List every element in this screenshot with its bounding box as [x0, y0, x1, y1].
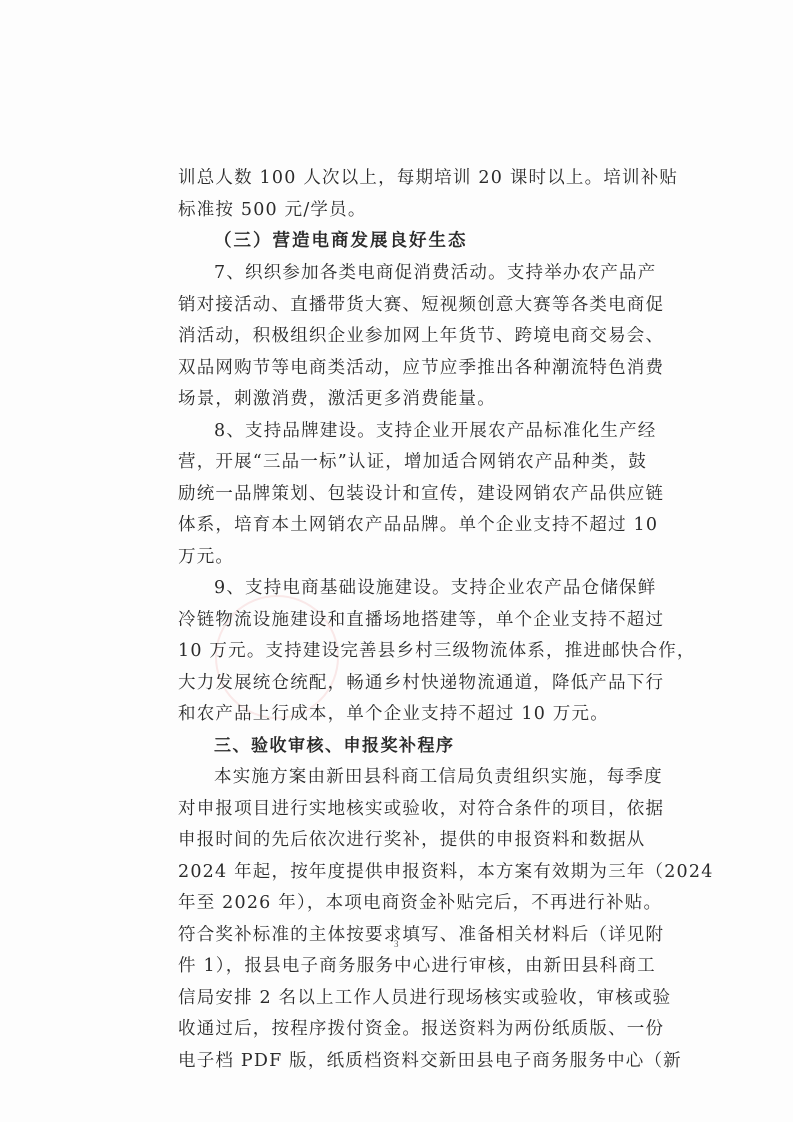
subheading: （三）营造电商发展良好生态 [214, 228, 666, 254]
text-line: 符合奖补标准的主体按要求填写、准备相关材料后（详见附 [178, 922, 630, 948]
text-line: 信局安排 2 名以上工作人员进行现场核实或验收，审核或验 [178, 985, 630, 1011]
text-line: 电子档 PDF 版，纸质档资料交新田县电子商务服务中心（新 [178, 1048, 630, 1074]
text-line: 大力发展统仓统配，畅通乡村快递物流通道，降低产品下行 [178, 670, 630, 696]
text-line: 励统一品牌策划、包装设计和宣传，建设网销农产品供应链 [178, 481, 630, 507]
paragraph-8-start: 8、支持品牌建设。支持企业开展农产品标准化生产经 [214, 418, 630, 444]
text-line: 收通过后，按程序拨付资金。报送资料为两份纸质版、一份 [178, 1016, 630, 1042]
paragraph-7-start: 7、织织参加各类电商促消费活动。支持举办农产品产 [214, 260, 630, 286]
text-line: 场景，刺激消费，激活更多消费能量。 [178, 386, 630, 412]
text-line: 2024 年起，按年度提供申报资料，本方案有效期为三年（2024 [178, 859, 630, 885]
text-line: 和农产品上行成本，单个企业支持不超过 10 万元。 [178, 701, 630, 727]
document-page: 训总人数 100 人次以上，每期培训 20 课时以上。培训补贴 标准按 500 … [0, 0, 793, 1122]
paragraph-start: 本实施方案由新田县科商工信局负责组织实施，每季度 [214, 764, 630, 790]
page-number: 3 [394, 939, 399, 949]
text-line: 标准按 500 元/学员。 [178, 197, 630, 223]
text-line: 件 1），报县电子商务服务中心进行审核，由新田县科商工 [178, 953, 630, 979]
text-line: 销对接活动、直播带货大赛、短视频创意大赛等各类电商促 [178, 292, 630, 318]
paragraph-9-start: 9、支持电商基础设施建设。支持企业农产品仓储保鲜 [214, 575, 630, 601]
text-line: 10 万元。支持建设完善县乡村三级物流体系，推进邮快合作， [178, 638, 630, 664]
text-line: 训总人数 100 人次以上，每期培训 20 课时以上。培训补贴 [178, 165, 630, 191]
text-line: 冷链物流设施建设和直播场地搭建等，单个企业支持不超过 [178, 607, 630, 633]
text-line: 体系，培育本土网销农产品品牌。单个企业支持不超过 10 [178, 512, 630, 538]
text-line: 消活动，积极组织企业参加网上年货节、跨境电商交易会、 [178, 323, 630, 349]
text-line: 双品网购节等电商类活动，应节应季推出各种潮流特色消费 [178, 355, 630, 381]
text-line: 营，开展“三品一标”认证，增加适合网销农产品种类，鼓 [178, 449, 630, 475]
text-line: 万元。 [178, 544, 630, 570]
text-line: 年至 2026 年），本项电商资金补贴完后，不再进行补贴。 [178, 890, 630, 916]
text-line: 申报时间的先后依次进行奖补，提供的申报资料和数据从 [178, 827, 630, 853]
text-line: 对申报项目进行实地核实或验收，对符合条件的项目，依据 [178, 796, 630, 822]
section-heading: 三、验收审核、申报奖补程序 [214, 733, 630, 759]
